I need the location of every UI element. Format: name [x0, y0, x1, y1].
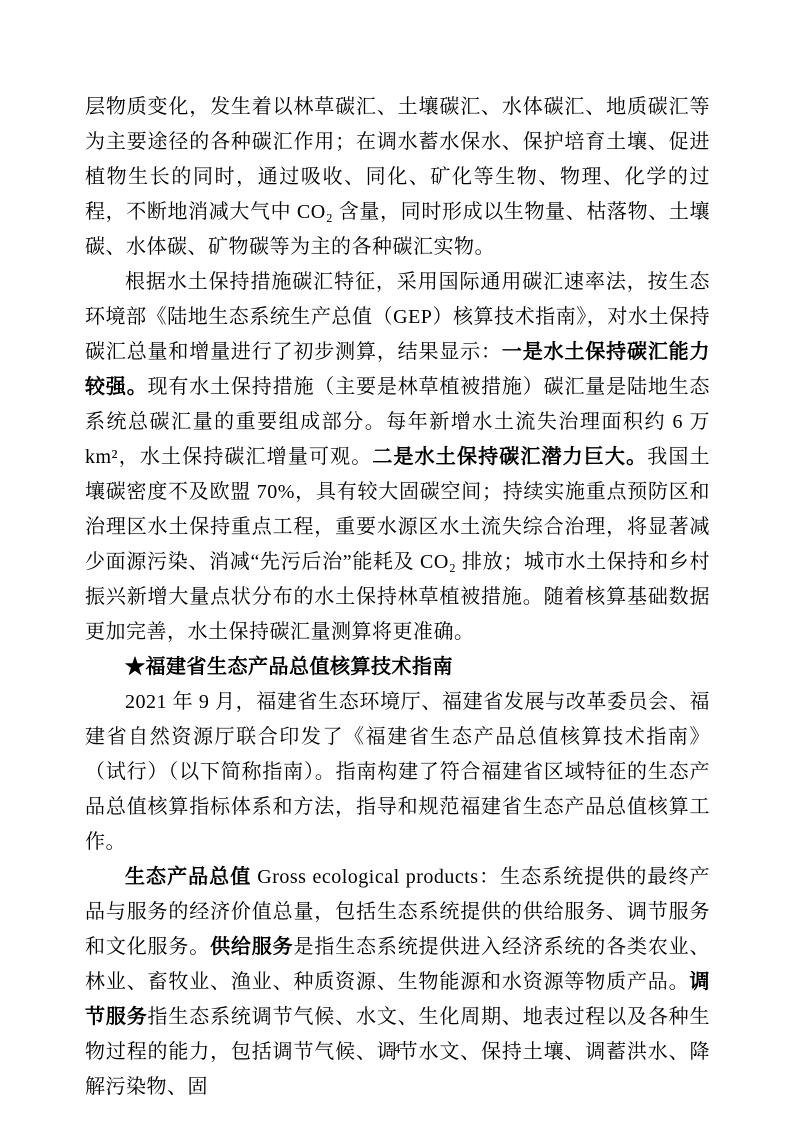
- text-run: 我国土壤碳密度不及欧盟 70%，具有较大固碳空间；持续实施重点预防区和治理区水土…: [85, 446, 710, 643]
- para-carbon-sink-continuation: 层物质变化，发生着以林草碳汇、土壤碳汇、水体碳汇、地质碳汇等为主要途径的各种碳汇…: [85, 90, 710, 265]
- page-number: 4: [0, 1040, 794, 1058]
- para-carbon-sink-measurement: 根据水土保持措施碳汇特征，采用国际通用碳汇速率法，按生态环境部《陆地生态系统生产…: [85, 265, 710, 650]
- heading-fujian-gep-guide: ★福建省生态产品总值核算技术指南: [85, 650, 710, 685]
- bold-text-run: ★福建省生态产品总值核算技术指南: [125, 656, 453, 678]
- para-gep-definition: 生态产品总值 Gross ecological products：生态系统提供的…: [85, 860, 710, 1105]
- text-run: 2021 年 9 月，福建省生态环境厅、福建省发展与改革委员会、福建省自然资源厅…: [85, 691, 710, 853]
- text-run: 层物质变化，发生着以林草碳汇、土壤碳汇、水体碳汇、地质碳汇等为主要途径的各种碳汇…: [85, 96, 710, 258]
- bold-text-run: 供给服务: [210, 936, 293, 958]
- document-page: 层物质变化，发生着以林草碳汇、土壤碳汇、水体碳汇、地质碳汇等为主要途径的各种碳汇…: [0, 0, 794, 1123]
- bold-text-run: 生态产品总值: [125, 866, 251, 888]
- document-body: 层物质变化，发生着以林草碳汇、土壤碳汇、水体碳汇、地质碳汇等为主要途径的各种碳汇…: [85, 90, 710, 1105]
- para-fujian-guide-issuance: 2021 年 9 月，福建省生态环境厅、福建省发展与改革委员会、福建省自然资源厅…: [85, 685, 710, 860]
- bold-text-run: 二是水土保持碳汇潜力巨大。: [372, 446, 647, 468]
